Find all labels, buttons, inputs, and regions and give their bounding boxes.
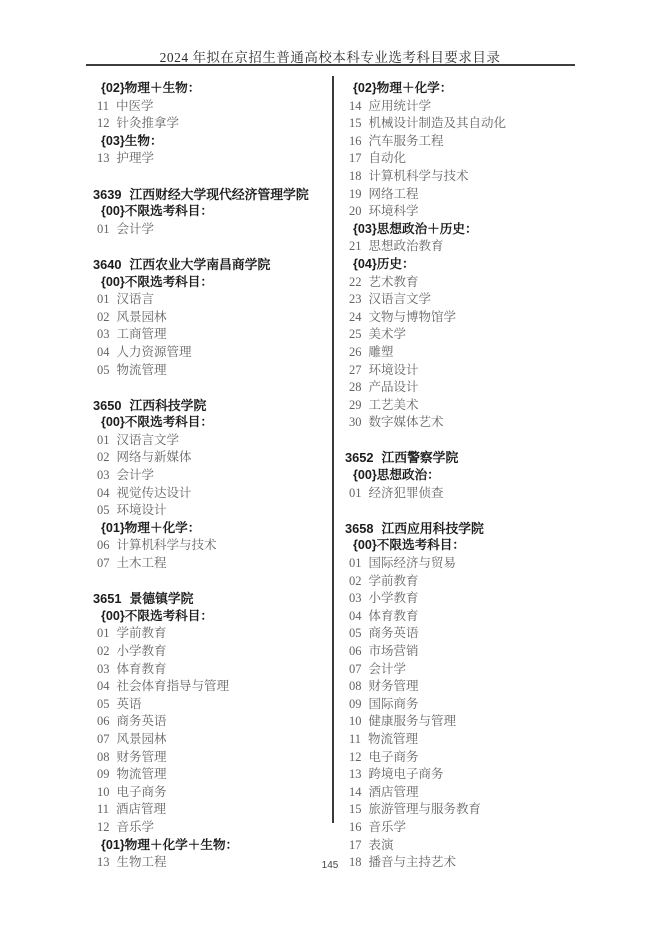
course-name: 英语 [117,697,142,711]
course-code: 06 [97,713,110,731]
course-code: 02 [97,643,110,661]
course-name: 物流管理 [117,767,167,781]
course-name: 雕塑 [369,345,394,359]
course-row: 15旅游管理与服务教育 [345,801,573,819]
course-code: 11 [349,731,361,749]
course-code: 01 [97,291,110,309]
course-name: 文物与博物馆学 [369,310,457,324]
two-column-content: {02}物理＋生物：11中医学12针灸推拿学{03}生物：13护理学3639江西… [93,80,573,872]
course-row: 24文物与博物馆学 [345,309,573,327]
school-code: 3658 [345,520,373,538]
subject-requirement-label: {00}不限选考科目： [101,275,213,289]
course-code: 23 [349,291,362,309]
course-name: 环境设计 [369,363,419,377]
blank-line [345,432,573,450]
subject-requirement-label: {00}思想政治： [353,468,440,482]
course-name: 跨境电子商务 [369,767,444,781]
course-code: 01 [97,221,110,239]
course-code: 09 [349,696,362,714]
course-row: 18计算机科学与技术 [345,168,573,186]
course-name: 经济犯罪侦查 [369,486,444,500]
course-code: 02 [97,309,110,327]
course-code: 13 [97,150,110,168]
subject-requirement-label: {00}不限选考科目： [101,204,213,218]
course-code: 17 [349,150,362,168]
school-row: 3658江西应用科技学院 [345,520,573,538]
course-code: 07 [97,731,110,749]
subject-requirement-label: {02}物理＋化学： [353,81,452,95]
course-row: 03体育教育 [93,661,332,679]
course-name: 国际经济与贸易 [369,556,457,570]
blank-line [93,168,332,186]
course-row: 13跨境电子商务 [345,766,573,784]
course-row: 26雕塑 [345,344,573,362]
course-name: 财务管理 [117,750,167,764]
course-name: 环境设计 [117,503,167,517]
school-name: 江西警察学院 [381,450,458,465]
course-code: 15 [349,801,362,819]
course-code: 02 [97,449,110,467]
course-code: 12 [349,749,362,767]
course-name: 人力资源管理 [117,345,192,359]
course-name: 会计学 [117,222,155,236]
course-row: 11物流管理 [345,731,573,749]
course-name: 学前教育 [369,574,419,588]
school-code: 3640 [93,256,121,274]
course-name: 计算机科学与技术 [369,169,469,183]
course-code: 03 [97,467,110,485]
course-row: 23汉语言文学 [345,291,573,309]
school-code: 3639 [93,186,121,204]
course-code: 20 [349,203,362,221]
course-name: 机械设计制造及其自动化 [369,116,507,130]
subject-requirement-header: {01}物理＋化学： [93,520,332,538]
course-name: 汉语言文学 [369,292,432,306]
school-name: 江西科技学院 [129,398,206,413]
school-row: 3652江西警察学院 [345,449,573,467]
subject-requirement-label: {03}生物： [101,134,163,148]
title-divider-rule [86,64,575,66]
blank-line [93,573,332,591]
course-name: 电子商务 [117,785,167,799]
course-name: 社会体育指导与管理 [117,679,230,693]
school-code: 3650 [93,397,121,415]
document-page: 2024 年拟在京招生普通高校本科专业选考科目要求目录 {02}物理＋生物：11… [0,0,660,933]
course-code: 06 [349,643,362,661]
course-name: 酒店管理 [369,785,419,799]
course-code: 28 [349,379,362,397]
course-code: 14 [349,98,362,116]
course-row: 13护理学 [93,150,332,168]
course-code: 13 [349,766,362,784]
course-row: 14酒店管理 [345,784,573,802]
course-code: 12 [97,115,110,133]
course-name: 艺术教育 [369,275,419,289]
course-name: 美术学 [369,327,407,341]
course-row: 07风景园林 [93,731,332,749]
subject-requirement-label: {03}思想政治＋历史： [353,222,478,236]
course-name: 会计学 [369,662,407,676]
course-name: 小学教育 [117,644,167,658]
course-name: 工商管理 [117,327,167,341]
subject-requirement-header: {02}物理＋化学： [345,80,573,98]
subject-requirement-header: {00}思想政治： [345,467,573,485]
course-row: 01汉语言文学 [93,432,332,450]
course-row: 12音乐学 [93,819,332,837]
course-row: 04视觉传达设计 [93,485,332,503]
course-name: 思想政治教育 [369,239,444,253]
course-code: 01 [349,555,362,573]
course-name: 针灸推拿学 [117,116,180,130]
subject-requirement-label: {04}历史： [353,257,415,271]
school-name: 江西财经大学现代经济管理学院 [129,187,308,202]
subject-requirement-header: {00}不限选考科目： [93,608,332,626]
course-code: 04 [97,485,110,503]
blank-line [93,379,332,397]
course-code: 06 [97,537,110,555]
course-code: 16 [349,819,362,837]
course-name: 学前教育 [117,626,167,640]
subject-requirement-header: {01}物理＋化学＋生物： [93,837,332,855]
course-row: 12电子商务 [345,749,573,767]
right-column: {02}物理＋化学：14应用统计学15机械设计制造及其自动化16汽车服务工程17… [334,80,573,872]
course-row: 30数字媒体艺术 [345,414,573,432]
course-row: 03工商管理 [93,326,332,344]
school-row: 3650江西科技学院 [93,397,332,415]
course-code: 08 [97,749,110,767]
course-name: 酒店管理 [116,802,166,816]
course-row: 03会计学 [93,467,332,485]
course-row: 22艺术教育 [345,274,573,292]
course-code: 11 [97,98,109,116]
subject-requirement-header: {00}不限选考科目： [93,274,332,292]
course-code: 04 [349,608,362,626]
course-name: 商务英语 [369,626,419,640]
subject-requirement-label: {00}不限选考科目： [101,609,213,623]
course-row: 10健康服务与管理 [345,713,573,731]
course-name: 自动化 [369,151,407,165]
school-code: 3651 [93,590,121,608]
course-code: 05 [97,696,110,714]
page-title: 2024 年拟在京招生普通高校本科专业选考科目要求目录 [0,46,660,66]
course-code: 01 [349,485,362,503]
course-row: 19网络工程 [345,186,573,204]
course-code: 12 [97,819,110,837]
course-row: 25美术学 [345,326,573,344]
course-code: 03 [97,326,110,344]
course-row: 05环境设计 [93,502,332,520]
course-row: 09国际商务 [345,696,573,714]
course-code: 11 [97,801,109,819]
course-name: 健康服务与管理 [369,714,457,728]
school-code: 3652 [345,449,373,467]
course-code: 01 [97,625,110,643]
course-code: 05 [97,362,110,380]
course-row: 01国际经济与贸易 [345,555,573,573]
course-name: 数字媒体艺术 [369,415,444,429]
subject-requirement-label: {01}物理＋化学： [101,521,200,535]
course-name: 汉语言文学 [117,433,180,447]
course-code: 10 [349,713,362,731]
course-row: 02网络与新媒体 [93,449,332,467]
course-name: 财务管理 [369,679,419,693]
course-name: 音乐学 [369,820,407,834]
blank-line [93,238,332,256]
course-name: 汽车服务工程 [369,134,444,148]
course-row: 02风景园林 [93,309,332,327]
course-name: 风景园林 [117,732,167,746]
subject-requirement-label: {01}物理＋化学＋生物： [101,838,238,852]
subject-requirement-header: {03}生物： [93,133,332,151]
subject-requirement-header: {04}历史： [345,256,573,274]
course-name: 会计学 [117,468,155,482]
course-name: 国际商务 [369,697,419,711]
course-row: 04人力资源管理 [93,344,332,362]
subject-requirement-header: {00}不限选考科目： [93,414,332,432]
course-code: 27 [349,362,362,380]
course-row: 01会计学 [93,221,332,239]
course-name: 应用统计学 [369,99,432,113]
course-name: 计算机科学与技术 [117,538,217,552]
course-code: 15 [349,115,362,133]
course-code: 05 [97,502,110,520]
course-row: 08财务管理 [93,749,332,767]
course-row: 11中医学 [93,98,332,116]
course-row: 28产品设计 [345,379,573,397]
school-row: 3640江西农业大学南昌商学院 [93,256,332,274]
course-code: 18 [349,168,362,186]
course-code: 04 [97,678,110,696]
page-number: 145 [0,860,660,871]
course-row: 01汉语言 [93,291,332,309]
course-name: 工艺美术 [369,398,419,412]
course-code: 19 [349,186,362,204]
course-row: 05英语 [93,696,332,714]
course-row: 02小学教育 [93,643,332,661]
subject-requirement-header: {03}思想政治＋历史： [345,221,573,239]
course-code: 09 [97,766,110,784]
course-code: 05 [349,625,362,643]
course-name: 风景园林 [117,310,167,324]
left-column: {02}物理＋生物：11中医学12针灸推拿学{03}生物：13护理学3639江西… [93,80,332,872]
course-name: 体育教育 [117,662,167,676]
subject-requirement-header: {00}不限选考科目： [93,203,332,221]
course-row: 10电子商务 [93,784,332,802]
course-code: 22 [349,274,362,292]
course-row: 04社会体育指导与管理 [93,678,332,696]
subject-requirement-label: {00}不限选考科目： [101,415,213,429]
course-name: 旅游管理与服务教育 [369,802,482,816]
course-code: 21 [349,238,362,256]
course-code: 10 [97,784,110,802]
course-row: 06计算机科学与技术 [93,537,332,555]
course-name: 中医学 [116,99,154,113]
course-row: 08财务管理 [345,678,573,696]
course-code: 02 [349,573,362,591]
course-row: 16汽车服务工程 [345,133,573,151]
course-row: 14应用统计学 [345,98,573,116]
course-name: 小学教育 [369,591,419,605]
course-row: 12针灸推拿学 [93,115,332,133]
course-row: 01经济犯罪侦查 [345,485,573,503]
course-code: 08 [349,678,362,696]
course-code: 04 [97,344,110,362]
course-code: 01 [97,432,110,450]
course-name: 汉语言 [117,292,155,306]
course-name: 音乐学 [117,820,155,834]
school-row: 3651景德镇学院 [93,590,332,608]
course-name: 表演 [369,838,394,852]
subject-requirement-label: {02}物理＋生物： [101,81,200,95]
school-name: 江西应用科技学院 [381,521,483,536]
school-name: 江西农业大学南昌商学院 [129,257,270,272]
subject-requirement-header: {02}物理＋生物： [93,80,332,98]
subject-requirement-header: {00}不限选考科目： [345,537,573,555]
course-code: 26 [349,344,362,362]
course-row: 15机械设计制造及其自动化 [345,115,573,133]
course-row: 07土木工程 [93,555,332,573]
course-row: 21思想政治教育 [345,238,573,256]
blank-line [345,502,573,520]
course-code: 24 [349,309,362,327]
course-code: 16 [349,133,362,151]
course-row: 09物流管理 [93,766,332,784]
course-name: 物流管理 [117,363,167,377]
course-row: 17自动化 [345,150,573,168]
course-name: 护理学 [117,151,155,165]
course-code: 03 [97,661,110,679]
course-row: 29工艺美术 [345,397,573,415]
school-row: 3639江西财经大学现代经济管理学院 [93,186,332,204]
course-row: 20环境科学 [345,203,573,221]
course-row: 27环境设计 [345,362,573,380]
course-name: 商务英语 [117,714,167,728]
course-row: 01学前教育 [93,625,332,643]
course-row: 06市场营销 [345,643,573,661]
course-name: 视觉传达设计 [117,486,192,500]
course-code: 14 [349,784,362,802]
course-name: 环境科学 [369,204,419,218]
course-code: 07 [349,661,362,679]
course-row: 11酒店管理 [93,801,332,819]
course-name: 网络工程 [369,187,419,201]
course-name: 物流管理 [368,732,418,746]
course-row: 05商务英语 [345,625,573,643]
course-name: 土木工程 [117,556,167,570]
school-name: 景德镇学院 [129,591,193,606]
course-name: 市场营销 [369,644,419,658]
course-code: 25 [349,326,362,344]
course-code: 07 [97,555,110,573]
course-name: 网络与新媒体 [117,450,192,464]
course-code: 17 [349,837,362,855]
course-code: 30 [349,414,362,432]
course-row: 05物流管理 [93,362,332,380]
course-row: 02学前教育 [345,573,573,591]
course-row: 16音乐学 [345,819,573,837]
course-row: 03小学教育 [345,590,573,608]
course-row: 06商务英语 [93,713,332,731]
course-code: 03 [349,590,362,608]
course-name: 电子商务 [369,750,419,764]
course-name: 体育教育 [369,609,419,623]
course-row: 04体育教育 [345,608,573,626]
course-row: 07会计学 [345,661,573,679]
course-row: 17表演 [345,837,573,855]
course-code: 29 [349,397,362,415]
subject-requirement-label: {00}不限选考科目： [353,538,465,552]
course-name: 产品设计 [369,380,419,394]
